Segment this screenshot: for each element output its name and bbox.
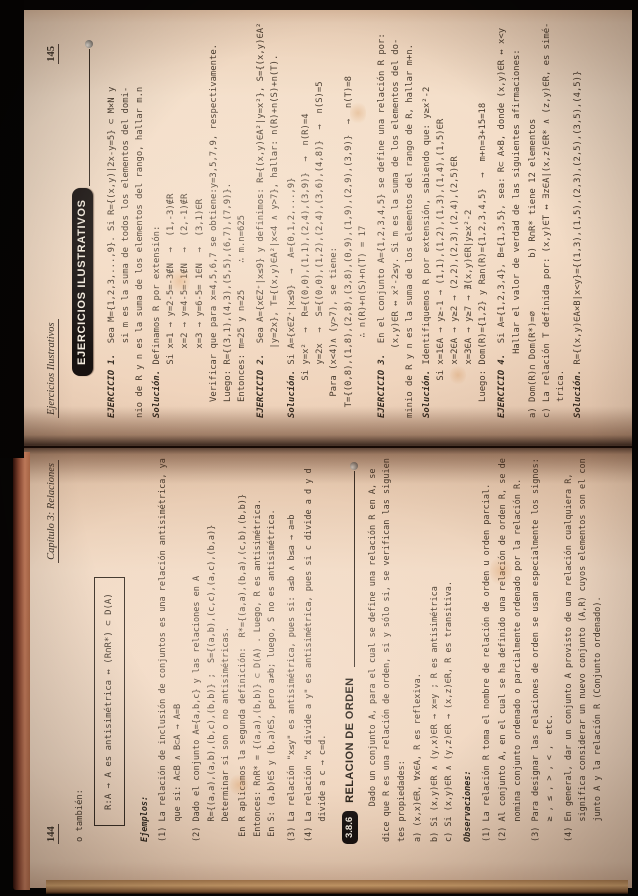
banner-rule <box>89 49 90 186</box>
section-header-386: 3.8.6 RELACION DE ORDEN <box>342 462 358 844</box>
text-line: Luego: Dom(R)={1,2} y Ran(R)={1,2,3,4,5}… <box>476 14 490 418</box>
text-line: Si x=1∈A → y≥-1 → (1,1),(1,2),(1,3),(1,4… <box>434 14 448 418</box>
text-line: minio de R y n es la suma de los element… <box>403 14 417 418</box>
text-line: En S: (a,b)∈S y (b,a)∈S, pero a≠b; luego… <box>265 452 279 842</box>
text-line: b) Si (x,y)∈R ∧ (y,x)∈R → x=y ; R es ant… <box>428 452 442 842</box>
text-line: ≥ , ≤ , > , < , etc. <box>543 452 557 842</box>
text-line: Para (x<4)∧ (y>7), se tiene: <box>327 14 341 418</box>
text-line: En R aplicamos la segunda definición: R*… <box>236 452 250 842</box>
section-number-badge: 3.8.6 <box>342 811 358 844</box>
text-line: junto A y la relación R (Conjunto ordena… <box>591 452 605 842</box>
line-lead: Observaciones: <box>463 770 473 842</box>
line-lead: EJERCICIO 3. <box>377 354 387 418</box>
text-line: EJERCICIO 1. Sea M={1,2,3,...,9}. Si R={… <box>105 14 119 418</box>
text-line: a) (x,x)∈R, ∀x∈A, R es reflexiva. <box>411 452 425 842</box>
page-145-body: EJERCICIO 1. Sea M={1,2,3,...,9}. Si R={… <box>105 14 585 418</box>
rule-end-dot-icon <box>350 462 358 470</box>
text-line: c) La relación T definida por: (x,y)∈T ↔… <box>540 14 554 418</box>
line-lead: EJERCICIO 4. <box>497 354 507 418</box>
text-line: (1) La relación de inclusión de conjunto… <box>156 452 170 842</box>
text-line: Verificar que para x=4,5,6,7 se obtiene:… <box>207 14 221 418</box>
text-line: que si: A⊂B ∧ B⊂A → A=B <box>171 452 185 842</box>
text-line: y=2x → S={(0,0),(1,2),(2,4),(3,6),(4,8)}… <box>313 14 327 418</box>
line-lead: Solución. <box>152 370 162 418</box>
page-145: Ejercicios Ilustrativos 145 EJERCICIOS I… <box>20 10 632 446</box>
line-lead: Solución. <box>287 370 297 418</box>
text-line: Observaciones: <box>461 452 475 842</box>
text-line: Luego: R={(3,1),(4,3),(5,5),(6,7),(7,9)}… <box>221 14 235 418</box>
text-line: (2) Al conjunto A, en el cual se ha defi… <box>496 452 510 842</box>
text-line: nomina conjunto ordenado o parcialmente … <box>511 452 525 842</box>
text-line: significa considerar un nuevo conjunto (… <box>576 452 590 842</box>
text-line: EJERCICIO 4. Si A={1,2,3,4}, B={1,3,5}, … <box>495 14 509 418</box>
text-line: T={(0,8),(1,8),(2,8),(3,8),(0,9),(1,9),(… <box>342 14 356 418</box>
text-line: x=3∈A → y≥7 → ∄(x,y)∈R|y≥x²-2 <box>462 14 476 418</box>
text-line: Ejemplos: <box>138 452 152 842</box>
line-lead: EJERCICIO 1. <box>107 354 117 418</box>
text-line: Hallar el valor de verdad de las siguien… <box>510 14 524 418</box>
book-spread: 144 Capítulo 3: Relaciones o también: R:… <box>20 6 632 892</box>
line-lead: EJERCICIO 2. <box>256 354 266 418</box>
text-line: |y=2x}, T={(x,y)∈A²|x<4 ∧ y>7}, hallar: … <box>268 14 282 418</box>
text-line: (2) Dado el conjunto A={a,b,c} y las rel… <box>190 452 204 842</box>
line-lead: Solución. <box>573 370 583 418</box>
text-line: R={(a,a),(a,b),(b,c),(b,b)} ; S={(a,b),(… <box>205 452 219 842</box>
text-line: Si y=x² → R={(0,0),(1,1),(2,4),(3,9)} → … <box>299 14 313 418</box>
intro-line: o también: <box>75 448 85 842</box>
illustrative-exercises-banner: EJERCICIOS ILUSTRATIVOS <box>72 188 93 376</box>
rule-end-dot-icon <box>85 40 93 48</box>
text-line: Solución. Si A={x∈Z⁺|x≤9} → A={0,1,2,...… <box>285 14 299 418</box>
text-line: (4) La relación "x divide a y" es antisi… <box>302 452 316 842</box>
text-line: Entonces: m=25 y n=25 ∴ m.n=625 <box>235 14 249 418</box>
text-line: Entonces: R∩R* = {(a,a),(b,b)} ⊂ D(A) . … <box>251 452 265 842</box>
text-line: (x,y)∈R ↔ x²-2≤y. Si m es la suma de los… <box>389 14 403 418</box>
text-line: divide a c → c=d. <box>316 452 330 842</box>
section-rule <box>354 471 355 667</box>
page-144: 144 Capítulo 3: Relaciones o también: R:… <box>20 448 632 888</box>
running-head-right: Ejercicios Ilustrativos <box>46 319 59 418</box>
page-144-body-top: Ejemplos:(1) La relación de inclusión de… <box>138 452 331 842</box>
page-stack-edge-left <box>13 452 30 890</box>
page-number-144: 144 <box>46 824 59 844</box>
section-title: RELACION DE ORDEN <box>344 677 356 802</box>
text-line: x=2 → y=4-5=-1∉N → (2,-1)∉R <box>178 14 192 418</box>
text-line: x=3 → y=6-5= 1∈N → (3,1)∈R <box>193 14 207 418</box>
text-line: (3) La relación "x≤y" es antisimétrica, … <box>285 452 299 842</box>
text-line: Solución. R={(x,y)∈A×B|x<y}={(1,3),(1,5)… <box>571 14 585 418</box>
text-line: si m es la suma de todos los elementos d… <box>119 14 133 418</box>
text-line: Si x=1 → y=2-5=-3∉N → (1,-3)∉R <box>164 14 178 418</box>
line-lead: Ejemplos: <box>140 796 150 842</box>
background-left-edge <box>0 0 24 458</box>
text-line: dice que R es una relación de orden, si … <box>380 452 394 842</box>
text-line: Determinar si son o no antisimétricas. <box>219 452 233 842</box>
text-line: c) Si (x,y)∈R ∧ (y,z)∈R → (x,z)∈R, R es … <box>442 452 456 842</box>
text-line: tes propiedades: <box>395 452 409 842</box>
running-head-left: Capítulo 3: Relaciones <box>46 460 59 563</box>
page-144-header: 144 Capítulo 3: Relaciones <box>46 460 59 844</box>
page-number-145: 145 <box>46 44 59 64</box>
line-lead: Solución. <box>422 370 432 418</box>
boxed-formula: R:A → A es antisimétrica ↔ (R∩R*) ⊂ D(A) <box>94 577 125 826</box>
text-line: x=2∈A → y≥2 → (2,2),(2,3),(2,4),(2,5)∈R <box>448 14 462 418</box>
text-line: EJERCICIO 3. En el conjunto A={1,2,3,4,5… <box>375 14 389 418</box>
text-line: EJERCICIO 2. Sea A={x∈Z⁺|x≤9} y definimo… <box>254 14 268 418</box>
illustrative-exercises-banner-row: EJERCICIOS ILUSTRATIVOS <box>72 40 93 376</box>
photo-of-open-textbook: 144 Capítulo 3: Relaciones o también: R:… <box>0 0 638 896</box>
text-line: nio de R y n es la suma de los elementos… <box>133 14 147 418</box>
text-line: ∴ n(R)+n(S)+n(T) = 17 <box>356 14 370 418</box>
page-144-body-bottom: Dado un conjunto A, para el cual se defi… <box>366 452 605 842</box>
text-line: a) Dom(R)∩ Dom(R*)=∅ b) R∩R* tiene 12 el… <box>526 14 540 418</box>
text-line: Solución. Definamos R por extensión: <box>150 14 164 418</box>
text-line: (1) La relación R toma el nombre de rela… <box>480 452 494 842</box>
page-stack-edge-bottom <box>46 880 628 894</box>
text-line: trica. <box>554 14 568 418</box>
text-line: (3) Para designar las relaciones de orde… <box>529 452 543 842</box>
text-line: Solución. Identifiquemos R por extensión… <box>420 14 434 418</box>
page-145-header: Ejercicios Ilustrativos 145 <box>46 44 59 418</box>
text-line: Dado un conjunto A, para el cual se defi… <box>366 452 380 842</box>
text-line: (4) En general, dar un conjunto A provis… <box>562 452 576 842</box>
